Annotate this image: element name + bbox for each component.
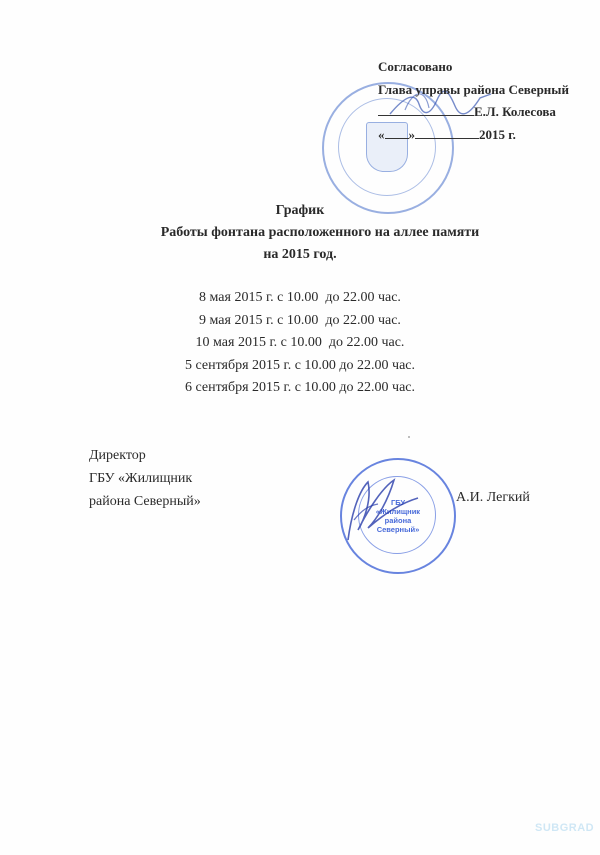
signer-block: Директор ГБУ «Жилищник района Северный»: [89, 444, 201, 513]
watermark-logo: SUBGRAD: [535, 822, 594, 834]
approval-signature-line: Е.Л. Колесова: [378, 101, 569, 124]
approval-date-line: «»2015 г.: [378, 124, 569, 147]
approval-block: Согласовано Глава управы района Северный…: [378, 56, 569, 146]
approval-name: Е.Л. Колесова: [474, 104, 556, 119]
title-heading: График: [0, 200, 600, 222]
schedule-item: 5 сентября 2015 г. с 10.00 до 22.00 час.: [0, 355, 600, 378]
month-blank: [415, 126, 479, 139]
approval-year: 2015 г.: [479, 127, 516, 142]
title-subtitle: Работы фонтана расположенного на аллее п…: [40, 222, 600, 244]
director-signature: [338, 470, 428, 550]
scan-speck: [408, 436, 410, 438]
title-period: на 2015 год.: [0, 244, 600, 266]
schedule-item: 10 мая 2015 г. с 10.00 до 22.00 час.: [0, 332, 600, 355]
approval-position: Глава управы района Северный: [378, 79, 569, 102]
schedule-list: 8 мая 2015 г. с 10.00 до 22.00 час. 9 ма…: [0, 287, 600, 400]
approval-label: Согласовано: [378, 56, 569, 79]
signature-underline: [378, 103, 474, 116]
signer-org-line2: района Северный»: [89, 490, 201, 513]
schedule-item: 9 мая 2015 г. с 10.00 до 22.00 час.: [0, 310, 600, 333]
document-title: График Работы фонтана расположенного на …: [0, 200, 600, 266]
document-page: Согласовано Глава управы района Северный…: [0, 0, 600, 855]
signer-title: Директор: [89, 444, 201, 467]
schedule-item: 8 мая 2015 г. с 10.00 до 22.00 час.: [0, 287, 600, 310]
day-blank: [385, 126, 409, 139]
signer-name: А.И. Легкий: [456, 490, 530, 506]
signer-org-line1: ГБУ «Жилищник: [89, 467, 201, 490]
scan-speck: [191, 234, 193, 236]
schedule-item: 6 сентября 2015 г. с 10.00 до 22.00 час.: [0, 377, 600, 400]
